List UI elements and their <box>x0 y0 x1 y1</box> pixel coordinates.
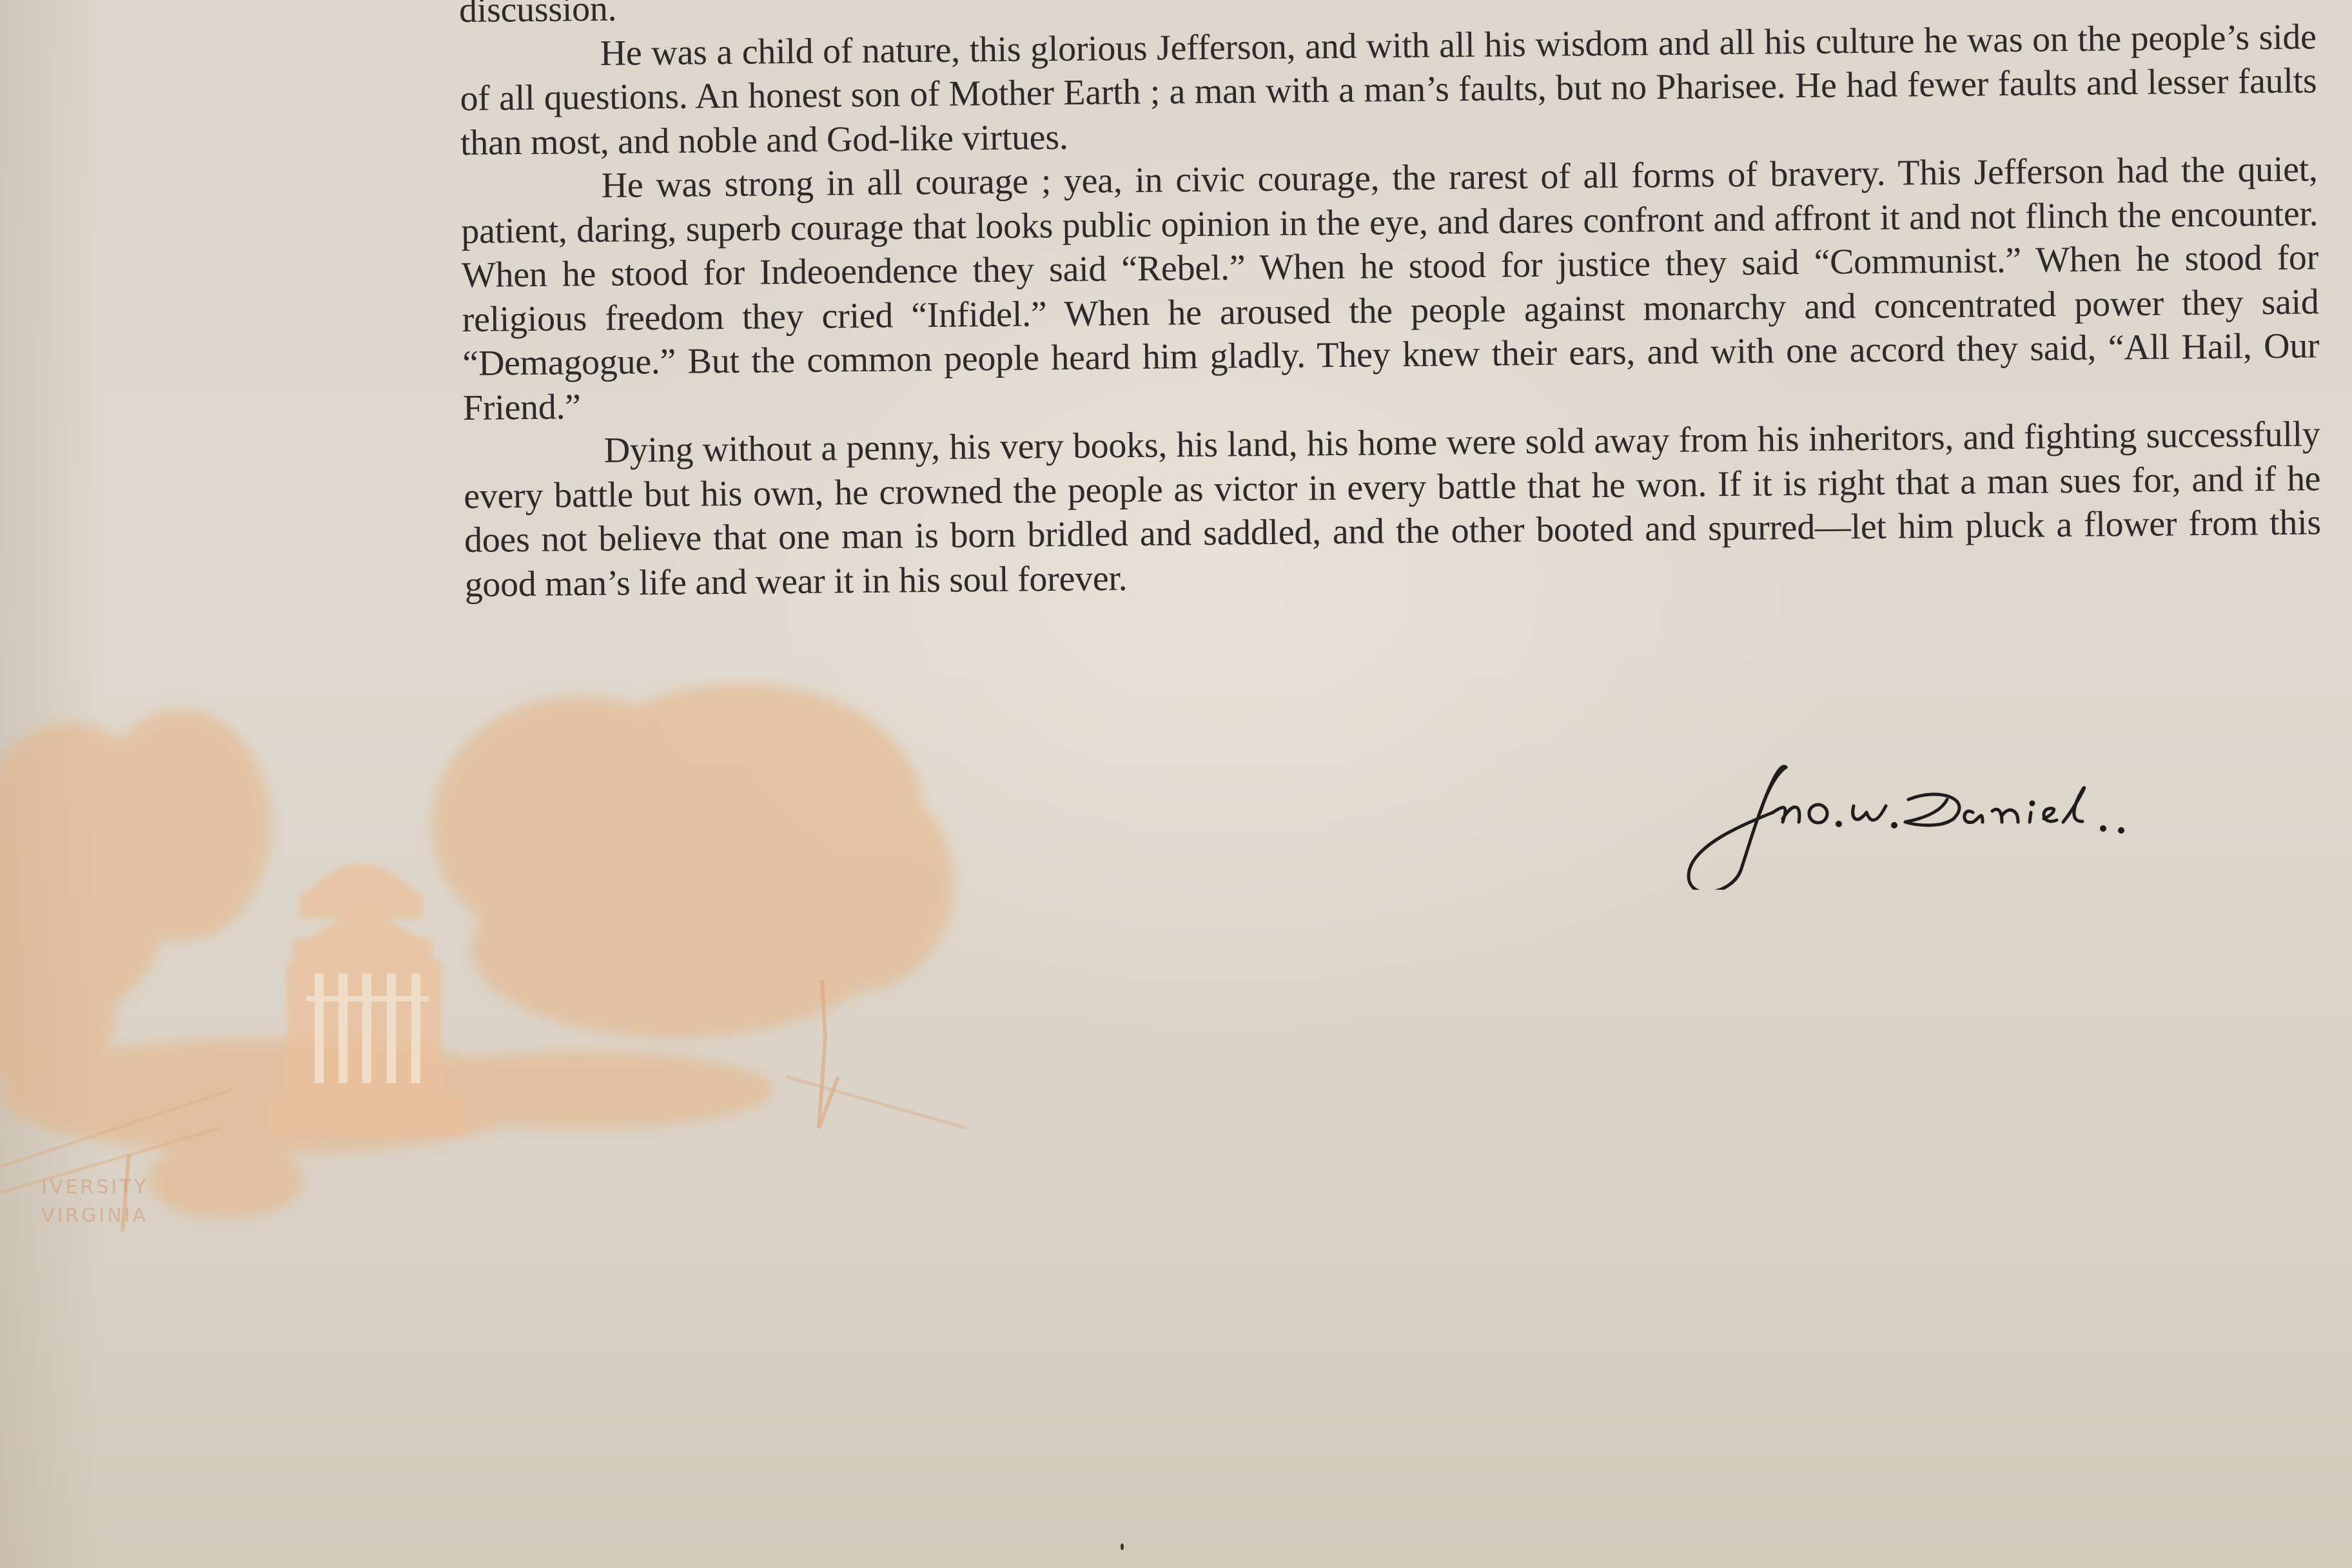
caption-line-1: IVERSITY <box>0 1173 148 1202</box>
illustration-caption: IVERSITY VIRGINIA <box>0 1173 155 1230</box>
document-body: discussion. He was a child of nature, th… <box>459 0 2322 607</box>
paper-speck <box>1121 1543 1124 1550</box>
paragraph-courage: He was strong in all courage ; yea, in c… <box>460 147 2320 430</box>
paragraph-child-of-nature: He was a child of nature, this glorious … <box>459 15 2317 165</box>
watercolor-image <box>0 677 967 1257</box>
paragraph-dying-without-a-penny: Dying without a penny, his very books, h… <box>463 412 2321 607</box>
caption-line-2: VIRGINIA <box>0 1202 148 1230</box>
rotunda-illustration <box>0 677 967 1257</box>
signature-handwriting <box>1670 741 2315 890</box>
page-edge-shadow <box>0 0 103 1568</box>
signature: Jno. W. Daniel. <box>1670 741 2315 890</box>
